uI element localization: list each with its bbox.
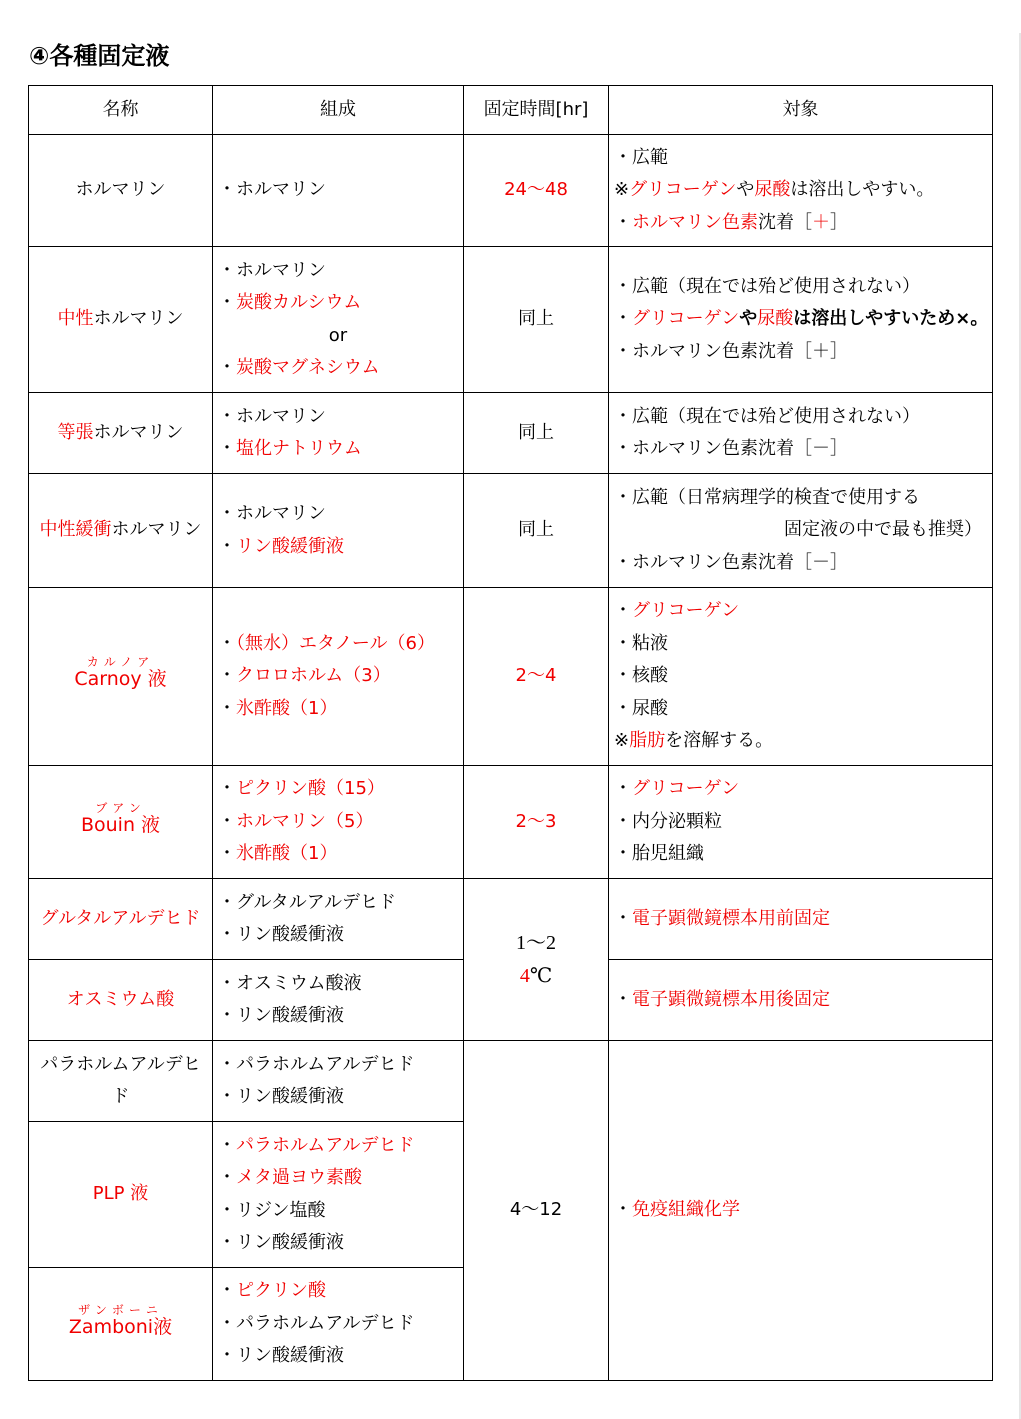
cell-line: ・広範 bbox=[614, 142, 987, 175]
text-run: ・ bbox=[218, 438, 236, 459]
text-run: ・ bbox=[218, 665, 236, 686]
cell-name: パラホルムアルデヒド bbox=[29, 1041, 213, 1122]
text-run: ・ bbox=[614, 989, 632, 1010]
text-run: 同上 bbox=[518, 308, 554, 329]
table-row: グルタルアルデヒド・グルタルアルデヒド・リン酸緩衝液1～24℃・電子顕微鏡標本用… bbox=[29, 879, 993, 960]
text-run: ・ bbox=[218, 1280, 236, 1301]
cell-target: ・電子顕微鏡標本用前固定 bbox=[609, 879, 993, 960]
text-run: オスミウム酸 bbox=[67, 989, 175, 1010]
text-run: リン酸緩衝液 bbox=[236, 536, 344, 557]
text-run: ・広範 bbox=[614, 147, 668, 168]
cell-name: グルタルアルデヒド bbox=[29, 879, 213, 960]
table-row: ホルマリン・ホルマリン24～48・広範※グリコーゲンや尿酸は溶出しやすい。・ホル… bbox=[29, 135, 993, 247]
text-run: 24～48 bbox=[504, 179, 568, 200]
text-run: 炭酸マグネシウム bbox=[236, 357, 380, 378]
text-run: 塩化ナトリウム bbox=[236, 438, 362, 459]
cell-line: ・グリコーゲンや尿酸は溶出しやすいため×。 bbox=[614, 303, 987, 336]
ruby-reading: ブアン bbox=[81, 802, 160, 814]
cell-line: ※脂肪を溶解する。 bbox=[614, 725, 987, 758]
text-run: ・パラホルムアルデヒド bbox=[218, 1054, 415, 1075]
cell-line: ・（無水）エタノール（6） bbox=[218, 628, 458, 661]
text-run: メタ過ヨウ素酸 bbox=[236, 1167, 362, 1188]
cell-composition: ・ホルマリン・炭酸カルシウムor・炭酸マグネシウム bbox=[213, 247, 464, 393]
cell-composition: ・オスミウム酸液・リン酸緩衝液 bbox=[213, 960, 464, 1041]
cell-composition: ・グルタルアルデヒド・リン酸緩衝液 bbox=[213, 879, 464, 960]
header-name: 名称 bbox=[29, 86, 213, 135]
cell-line: ・リン酸緩衝液 bbox=[218, 1227, 458, 1260]
text-run: ・ bbox=[218, 698, 236, 719]
text-run: 電子顕微鏡標本用前固定 bbox=[632, 908, 830, 929]
text-run: ・ bbox=[614, 600, 632, 621]
cell-line: ・グリコーゲン bbox=[614, 773, 987, 806]
cell-line: ・広範（現在では殆ど使用されない） bbox=[614, 271, 987, 304]
cell-line: ・ホルマリン色素沈着［－］ bbox=[614, 547, 987, 580]
cell-line: ・氷酢酸（1） bbox=[218, 693, 458, 726]
text-run: ・ bbox=[218, 778, 236, 799]
cell-fixation-time: 2～3 bbox=[464, 766, 609, 879]
table-row: ブアンBouin 液・ピクリン酸（15）・ホルマリン（5）・氷酢酸（1）2～3・… bbox=[29, 766, 993, 879]
text-run: ・グルタルアルデヒド bbox=[218, 892, 396, 913]
cell-line: ・パラホルムアルデヒド bbox=[218, 1049, 458, 1082]
table-row: 等張ホルマリン・ホルマリン・塩化ナトリウム同上・広範（現在では殆ど使用されない）… bbox=[29, 393, 993, 474]
text-run: 沈着［ bbox=[758, 212, 812, 233]
text-run: ピクリン酸 bbox=[236, 1280, 326, 1301]
text-run: ・ bbox=[218, 843, 236, 864]
cell-line: ・グルタルアルデヒド bbox=[218, 887, 458, 920]
cell-line: ・パラホルムアルデヒド bbox=[218, 1308, 458, 1341]
text-run: ・ bbox=[614, 212, 632, 233]
text-run: クロロホルム（3） bbox=[236, 665, 391, 686]
text-run: パラホルムアルデヒド bbox=[40, 1054, 201, 1108]
cell-line: ※グリコーゲンや尿酸は溶出しやすい。 bbox=[614, 174, 987, 207]
text-run: ・リン酸緩衝液 bbox=[218, 1005, 344, 1026]
text-run: ・ bbox=[218, 633, 236, 654]
text-run: ホルマリン bbox=[94, 308, 184, 329]
cell-line: ・リン酸緩衝液 bbox=[218, 531, 458, 564]
text-run: ・ホルマリン bbox=[218, 503, 326, 524]
text-run: ・粘液 bbox=[614, 633, 668, 654]
cell-name: 中性緩衝ホルマリン bbox=[29, 474, 213, 588]
text-run: は溶出しやすいため×。 bbox=[793, 308, 988, 329]
text-run: ・リン酸緩衝液 bbox=[218, 1232, 344, 1253]
text-run: ・ bbox=[614, 1199, 632, 1220]
table-row: 中性ホルマリン・ホルマリン・炭酸カルシウムor・炭酸マグネシウム同上・広範（現在… bbox=[29, 247, 993, 393]
text-run: 等張 bbox=[58, 422, 94, 443]
cell-composition: ・ホルマリン・塩化ナトリウム bbox=[213, 393, 464, 474]
text-run: ・ホルマリン色素沈着［－］ bbox=[614, 438, 848, 459]
text-run: 中性 bbox=[58, 308, 94, 329]
text-run: ホルマリン bbox=[112, 519, 202, 540]
text-run: ・広範（日常病理学的検査で使用する bbox=[614, 487, 920, 508]
text-run: 尿酸 bbox=[754, 179, 790, 200]
header-composition: 組成 bbox=[213, 86, 464, 135]
table-header-row: 名称 組成 固定時間[hr] 対象 bbox=[29, 86, 993, 135]
text-run: or bbox=[329, 325, 347, 346]
cell-target: ・広範（現在では殆ど使用されない）・ホルマリン色素沈着［－］ bbox=[609, 393, 993, 474]
page-title: ④各種固定液 bbox=[29, 36, 169, 71]
cell-line: ・免疫組織化学 bbox=[614, 1194, 987, 1227]
cell-line: ・リン酸緩衝液 bbox=[218, 919, 458, 952]
text-run: ホルマリン色素 bbox=[632, 212, 758, 233]
cell-line: ・クロロホルム（3） bbox=[218, 660, 458, 693]
text-run: 氷酢酸（1） bbox=[236, 698, 337, 719]
cell-name: 中性ホルマリン bbox=[29, 247, 213, 393]
cell-fixation-time: 1～24℃ bbox=[464, 879, 609, 1041]
cell-line: ・ピクリン酸（15） bbox=[218, 773, 458, 806]
text-run: グリコーゲン bbox=[629, 179, 736, 200]
cell-line: ・核酸 bbox=[614, 660, 987, 693]
text-run: ・内分泌顆粒 bbox=[614, 811, 722, 832]
cell-line: ・電子顕微鏡標本用後固定 bbox=[614, 984, 987, 1017]
text-run: 氷酢酸（1） bbox=[236, 843, 337, 864]
text-run: 炭酸カルシウム bbox=[236, 292, 361, 313]
cell-fixation-time: 同上 bbox=[464, 247, 609, 393]
ruby-base: Bouin 液 bbox=[81, 816, 160, 835]
cell-fixation-time: 24～48 bbox=[464, 135, 609, 247]
text-run: グルタルアルデヒド bbox=[40, 908, 200, 929]
cell-composition: ・ホルマリン・リン酸緩衝液 bbox=[213, 474, 464, 588]
cell-line: ・グリコーゲン bbox=[614, 595, 987, 628]
text-run: ホルマリン bbox=[76, 179, 166, 200]
text-run: ・ bbox=[218, 1167, 236, 1188]
text-run: 脂肪 bbox=[629, 730, 665, 751]
fixatives-table: 名称 組成 固定時間[hr] 対象 ホルマリン・ホルマリン24～48・広範※グリ… bbox=[28, 85, 993, 1381]
text-run: ・リン酸緩衝液 bbox=[218, 924, 344, 945]
ruby-base: Zamboni液 bbox=[69, 1318, 172, 1337]
text-run: グリコーゲン bbox=[632, 308, 739, 329]
text-run: 同上 bbox=[518, 519, 554, 540]
cell-target: ・電子顕微鏡標本用後固定 bbox=[609, 960, 993, 1041]
text-run: ・広範（現在では殆ど使用されない） bbox=[614, 276, 920, 297]
cell-line: ・広範（日常病理学的検査で使用する bbox=[614, 482, 987, 515]
ruby-base: Carnoy 液 bbox=[74, 670, 166, 689]
cell-composition: ・ピクリン酸・パラホルムアルデヒド・リン酸緩衝液 bbox=[213, 1268, 464, 1381]
table-row: カルノアCarnoy 液・（無水）エタノール（6）・クロロホルム（3）・氷酢酸（… bbox=[29, 588, 993, 766]
cell-line: ・広範（現在では殆ど使用されない） bbox=[614, 401, 987, 434]
cell-name: ザンボーニZamboni液 bbox=[29, 1268, 213, 1381]
cell-line: or bbox=[218, 320, 458, 353]
text-run: は溶出しやすい。 bbox=[790, 179, 934, 200]
text-run: ・ bbox=[614, 908, 632, 929]
cell-line: 4℃ bbox=[469, 960, 603, 993]
ruby-reading: カルノア bbox=[74, 656, 166, 668]
text-run: ・核酸 bbox=[614, 665, 668, 686]
text-run: ・ bbox=[218, 292, 236, 313]
text-run: ・胎児組織 bbox=[614, 843, 704, 864]
cell-line: ・胎児組織 bbox=[614, 838, 987, 871]
cell-line: ・電子顕微鏡標本用前固定 bbox=[614, 903, 987, 936]
text-run: ・ bbox=[218, 1135, 236, 1156]
header-target: 対象 bbox=[609, 86, 993, 135]
text-run: 4 bbox=[520, 965, 530, 987]
text-run: PLP 液 bbox=[93, 1183, 148, 1204]
text-run: ホルマリン（5） bbox=[236, 811, 373, 832]
cell-line: ・炭酸マグネシウム bbox=[218, 352, 458, 385]
text-run: 固定液の中で最も推奨） bbox=[784, 519, 982, 540]
header-fixation-time: 固定時間[hr] bbox=[464, 86, 609, 135]
cell-name: PLP 液 bbox=[29, 1122, 213, 1268]
text-run: ℃ bbox=[530, 965, 552, 987]
text-run: ］ bbox=[830, 212, 848, 233]
table-row: 中性緩衝ホルマリン・ホルマリン・リン酸緩衝液同上・広範（日常病理学的検査で使用す… bbox=[29, 474, 993, 588]
cell-fixation-time: 同上 bbox=[464, 393, 609, 474]
text-run: ・ホルマリン bbox=[218, 179, 326, 200]
text-run: ※ bbox=[614, 730, 629, 751]
text-run: や bbox=[739, 308, 757, 329]
cell-composition: ・ホルマリン bbox=[213, 135, 464, 247]
cell-name: 等張ホルマリン bbox=[29, 393, 213, 474]
text-run: ・パラホルムアルデヒド bbox=[218, 1313, 415, 1334]
cell-line: ・ホルマリン bbox=[218, 498, 458, 531]
text-run: 尿酸 bbox=[757, 308, 793, 329]
cell-line: ・粘液 bbox=[614, 628, 987, 661]
text-run: ＋ bbox=[812, 212, 830, 233]
cell-composition: ・パラホルムアルデヒド・メタ過ヨウ素酸・リジン塩酸・リン酸緩衝液 bbox=[213, 1122, 464, 1268]
text-run: 電子顕微鏡標本用後固定 bbox=[632, 989, 830, 1010]
cell-line: ・ホルマリン色素沈着［＋］ bbox=[614, 336, 987, 369]
cell-target: ・グリコーゲン・粘液・核酸・尿酸※脂肪を溶解する。 bbox=[609, 588, 993, 766]
cell-target: ・免疫組織化学 bbox=[609, 1041, 993, 1381]
cell-target: ・広範※グリコーゲンや尿酸は溶出しやすい。・ホルマリン色素沈着［＋］ bbox=[609, 135, 993, 247]
cell-target: ・広範（現在では殆ど使用されない）・グリコーゲンや尿酸は溶出しやすいため×。・ホ… bbox=[609, 247, 993, 393]
cell-fixation-time: 4～12 bbox=[464, 1041, 609, 1381]
text-run: ・ホルマリン bbox=[218, 260, 326, 281]
cell-line: ・ホルマリン色素沈着［－］ bbox=[614, 433, 987, 466]
cell-line: ・オスミウム酸液 bbox=[218, 968, 458, 1001]
text-run: 1～2 bbox=[516, 932, 556, 954]
cell-target: ・グリコーゲン・内分泌顆粒・胎児組織 bbox=[609, 766, 993, 879]
cell-line: ・リン酸緩衝液 bbox=[218, 1000, 458, 1033]
cell-fixation-time: 同上 bbox=[464, 474, 609, 588]
cell-composition: ・（無水）エタノール（6）・クロロホルム（3）・氷酢酸（1） bbox=[213, 588, 464, 766]
cell-line: 1～2 bbox=[469, 927, 603, 960]
text-run: ・ホルマリン色素沈着［＋］ bbox=[614, 341, 848, 362]
text-run: 中性緩衝 bbox=[40, 519, 112, 540]
table-row: パラホルムアルデヒド・パラホルムアルデヒド・リン酸緩衝液4～12・免疫組織化学 bbox=[29, 1041, 993, 1122]
text-run: ・オスミウム酸液 bbox=[218, 973, 362, 994]
cell-line: 固定液の中で最も推奨） bbox=[614, 514, 987, 547]
cell-line: ・塩化ナトリウム bbox=[218, 433, 458, 466]
cell-line: ・リジン塩酸 bbox=[218, 1195, 458, 1228]
text-run: 免疫組織化学 bbox=[632, 1199, 740, 1220]
cell-line: ・リン酸緩衝液 bbox=[218, 1081, 458, 1114]
cell-line: ・ホルマリン色素沈着［＋］ bbox=[614, 207, 987, 240]
text-run: ・広範（現在では殆ど使用されない） bbox=[614, 406, 920, 427]
cell-line: ・ホルマリン bbox=[218, 255, 458, 288]
cell-name: オスミウム酸 bbox=[29, 960, 213, 1041]
ruby-name: カルノアCarnoy 液 bbox=[74, 656, 166, 689]
text-run: ※ bbox=[614, 179, 629, 200]
ruby-name: ザンボーニZamboni液 bbox=[69, 1304, 172, 1337]
cell-name: ブアンBouin 液 bbox=[29, 766, 213, 879]
text-run: ピクリン酸（15） bbox=[236, 778, 385, 799]
ruby-reading: ザンボーニ bbox=[69, 1304, 172, 1316]
cell-line: ・炭酸カルシウム bbox=[218, 287, 458, 320]
cell-line: ・ピクリン酸 bbox=[218, 1275, 458, 1308]
text-run: ・ bbox=[218, 357, 236, 378]
text-run: 4～12 bbox=[510, 1199, 562, 1220]
cell-composition: ・ピクリン酸（15）・ホルマリン（5）・氷酢酸（1） bbox=[213, 766, 464, 879]
cell-line: ・ホルマリン（5） bbox=[218, 806, 458, 839]
text-run: ホルマリン bbox=[94, 422, 184, 443]
cell-line: ・リン酸緩衝液 bbox=[218, 1340, 458, 1373]
text-run: や bbox=[736, 179, 754, 200]
text-run: パラホルムアルデヒド bbox=[236, 1135, 415, 1156]
text-run: ・ bbox=[614, 778, 632, 799]
cell-line: ・ホルマリン bbox=[218, 401, 458, 434]
text-run: ・リジン塩酸 bbox=[218, 1200, 326, 1221]
text-run: ・ bbox=[614, 308, 632, 329]
text-run: ・尿酸 bbox=[614, 698, 668, 719]
cell-name: ホルマリン bbox=[29, 135, 213, 247]
cell-fixation-time: 2～4 bbox=[464, 588, 609, 766]
text-run: 2～3 bbox=[516, 811, 557, 832]
text-run: ・ bbox=[218, 536, 236, 557]
cell-name: カルノアCarnoy 液 bbox=[29, 588, 213, 766]
cell-composition: ・パラホルムアルデヒド・リン酸緩衝液 bbox=[213, 1041, 464, 1122]
text-run: ・ホルマリン色素沈着［－］ bbox=[614, 552, 848, 573]
text-run: ・ホルマリン bbox=[218, 406, 326, 427]
cell-line: ・パラホルムアルデヒド bbox=[218, 1130, 458, 1163]
text-run: ・ bbox=[218, 811, 236, 832]
text-run: ・リン酸緩衝液 bbox=[218, 1086, 344, 1107]
cell-line: ・氷酢酸（1） bbox=[218, 838, 458, 871]
cell-line: ・メタ過ヨウ素酸 bbox=[218, 1162, 458, 1195]
text-run: グリコーゲン bbox=[632, 778, 739, 799]
text-run: ・リン酸緩衝液 bbox=[218, 1345, 344, 1366]
text-run: 2～4 bbox=[516, 665, 557, 686]
ruby-name: ブアンBouin 液 bbox=[81, 802, 160, 835]
text-run: （無水）エタノール（6） bbox=[236, 633, 435, 654]
text-run: を溶解する。 bbox=[665, 730, 773, 751]
cell-line: ・内分泌顆粒 bbox=[614, 806, 987, 839]
cell-target: ・広範（日常病理学的検査で使用する固定液の中で最も推奨）・ホルマリン色素沈着［－… bbox=[609, 474, 993, 588]
text-run: 同上 bbox=[518, 422, 554, 443]
text-run: グリコーゲン bbox=[632, 600, 739, 621]
cell-line: ・ホルマリン bbox=[218, 174, 458, 207]
cell-line: ・尿酸 bbox=[614, 693, 987, 726]
